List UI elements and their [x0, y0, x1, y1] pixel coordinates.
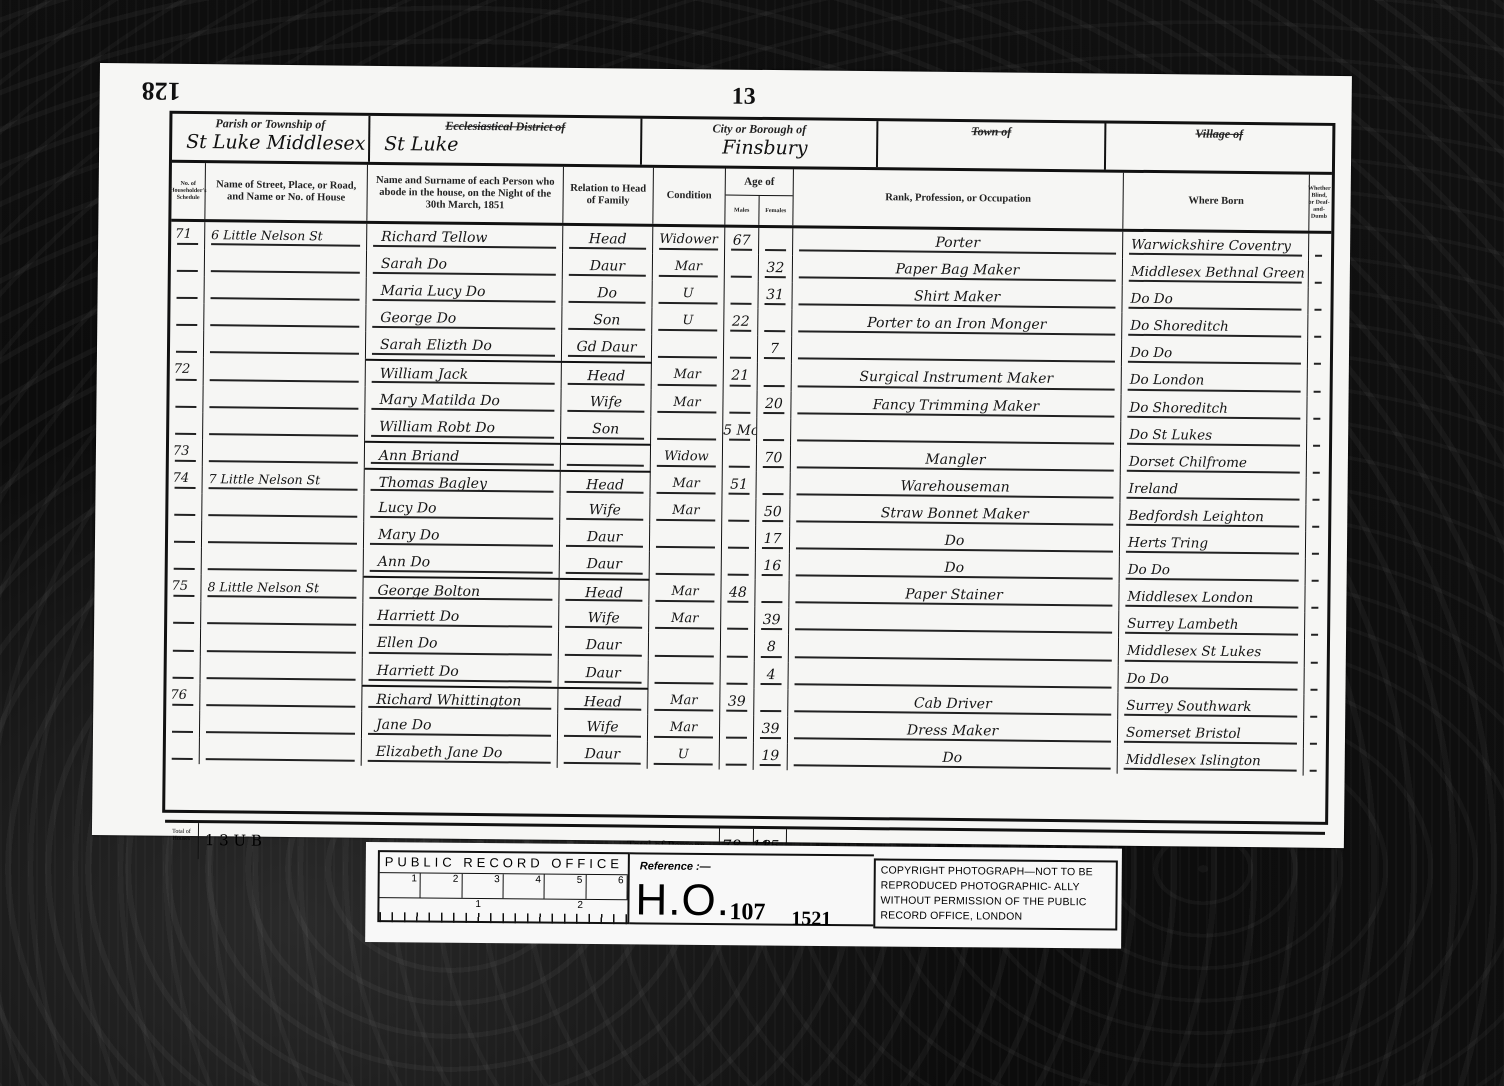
cell-occupation — [791, 418, 1121, 449]
cell-schedule — [169, 384, 203, 411]
cell-street — [202, 493, 364, 522]
cell-condition — [650, 525, 722, 553]
cell-blind — [1304, 748, 1323, 775]
pro-scale-box: PUBLIC RECORD OFFICE 123456 12 — [377, 850, 630, 924]
cell-male: 48 — [721, 580, 755, 607]
cell-street — [204, 276, 366, 305]
folio-number: 128 — [142, 75, 181, 105]
copyright-notice: COPYRIGHT PHOTOGRAPH—NOT TO BE REPRODUCE… — [873, 858, 1118, 930]
cell-occupation: Porter to an Iron Monger — [792, 310, 1122, 341]
cell-born: Middlesex London — [1119, 584, 1305, 613]
cell-name: Mary Do — [364, 522, 560, 551]
cell-street — [200, 683, 362, 712]
cell-occupation: Shirt Maker — [792, 282, 1122, 313]
cell-condition: Mar — [648, 687, 720, 715]
cell-born: Do Do — [1122, 340, 1308, 369]
cell-name: Ann Briand — [365, 441, 561, 470]
cell-male — [724, 282, 758, 309]
cell-born: Warwickshire Coventry — [1123, 232, 1309, 261]
cell-born: Do Do — [1122, 286, 1308, 315]
page-number: 13 — [732, 84, 756, 111]
cell-blind — [1309, 261, 1328, 288]
cell-relation: Gd Daur — [562, 334, 652, 362]
cell-name: Sarah Elizth Do — [366, 332, 562, 361]
scale-mark: 3 — [462, 874, 504, 898]
cell-blind — [1306, 505, 1325, 532]
cell-name: William Robt Do — [365, 413, 561, 442]
cell-blind — [1308, 342, 1327, 369]
cell-relation: Daur — [559, 632, 649, 660]
cell-blind — [1305, 640, 1324, 667]
cell-born: Middlesex St Lukes — [1119, 638, 1305, 667]
cell-condition: Mar — [653, 254, 725, 282]
cell-name: Ann Do — [364, 549, 560, 578]
cell-schedule: 74 — [169, 466, 203, 493]
cell-condition: Mar — [651, 389, 723, 417]
scale-mark: 2 — [577, 900, 583, 911]
cell-street — [204, 330, 366, 359]
cell-schedule — [168, 547, 202, 574]
col-condition: Condition — [653, 168, 726, 225]
cell-blind — [1309, 234, 1328, 261]
village-label: Village of — [1106, 126, 1332, 143]
cell-female — [756, 472, 790, 499]
col-relation: Relation to Head of Family — [563, 167, 654, 224]
cell-street: 6 Little Nelson St — [205, 222, 367, 251]
pro-reference-label: PUBLIC RECORD OFFICE 123456 12 Reference… — [365, 842, 1122, 949]
cell-relation: Head — [562, 361, 652, 389]
cell-female: 19 — [754, 743, 788, 770]
borough-value: Finsbury — [722, 137, 808, 160]
cell-condition: Widower — [653, 227, 725, 255]
cell-blind — [1307, 396, 1326, 423]
cell-born: Bedfordsh Leighton — [1120, 503, 1306, 532]
cell-male — [720, 742, 754, 769]
town-cell: Town of — [878, 121, 1106, 169]
cell-male: 51 — [722, 471, 756, 498]
cell-male — [722, 553, 756, 580]
cell-street — [204, 358, 366, 387]
scale-ruler-top: 123456 — [380, 873, 628, 900]
cell-blind — [1305, 613, 1324, 640]
census-sheet: 128 13 Parish or Township of St Luke Mid… — [92, 63, 1352, 848]
cell-street — [203, 439, 365, 468]
cell-female: 70 — [757, 445, 791, 472]
cell-relation — [561, 443, 651, 471]
cell-schedule — [168, 520, 202, 547]
cell-schedule — [170, 276, 204, 303]
scale-mark: 1 — [380, 873, 422, 897]
eccl-district-value: St Luke — [384, 133, 459, 156]
cell-relation: Wife — [559, 605, 649, 633]
cell-name: Maria Lucy Do — [366, 278, 562, 307]
cell-schedule: 71 — [171, 222, 205, 249]
cell-male: 22 — [724, 309, 758, 336]
cell-relation: Head — [558, 686, 648, 714]
col-schedule: No. of Householder's Schedule — [171, 163, 206, 219]
cell-street — [201, 628, 363, 657]
cell-male: 21 — [724, 363, 758, 390]
cell-male — [721, 634, 755, 661]
cell-born: Do Do — [1120, 557, 1306, 586]
cell-schedule — [170, 330, 204, 357]
cell-blind — [1304, 667, 1323, 694]
cell-born: Surrey Southwark — [1118, 692, 1304, 721]
cell-schedule — [169, 411, 203, 438]
cell-male — [722, 498, 756, 525]
cell-blind — [1308, 288, 1327, 315]
cell-occupation: Do — [790, 526, 1120, 557]
cell-relation: Wife — [560, 497, 650, 525]
cell-street — [201, 601, 363, 630]
scale-mark: 5 — [545, 875, 587, 899]
cell-name: Richard Tellow — [367, 224, 563, 253]
cell-occupation: Cab Driver — [788, 689, 1118, 720]
reference-piece: 1521 — [791, 908, 831, 931]
cell-condition: Mar — [649, 579, 721, 607]
cell-condition: Mar — [648, 714, 720, 742]
cell-occupation: Do — [790, 553, 1120, 584]
cell-condition: U — [652, 308, 724, 336]
town-label: Town of — [878, 123, 1104, 140]
cell-male — [722, 526, 756, 553]
cell-born: Middlesex Bethnal Green — [1123, 259, 1309, 288]
cell-male — [725, 255, 759, 282]
cell-street — [200, 710, 362, 739]
cell-name: Harriett Do — [363, 657, 559, 686]
cell-condition — [652, 335, 724, 363]
cell-born: Middlesex Islington — [1118, 746, 1304, 775]
cell-blind — [1308, 369, 1327, 396]
col-street: Name of Street, Place, or Road, and Name… — [205, 163, 368, 221]
cell-female: 39 — [754, 716, 788, 743]
cell-schedule — [168, 493, 202, 520]
cell-female: 31 — [758, 282, 792, 309]
col-blind: Whether Blind, or Deaf-and-Dumb — [1309, 175, 1329, 231]
parish-cell: Parish or Township of St Luke Middlesex — [172, 114, 370, 162]
cell-street — [204, 303, 366, 332]
cell-name: Sarah Do — [367, 251, 563, 280]
cell-name: Ellen Do — [363, 630, 559, 659]
cell-name: Lucy Do — [364, 495, 560, 524]
reference-label: Reference :— — [640, 860, 711, 873]
scale-mark: 2 — [421, 873, 463, 897]
cell-occupation: Do — [788, 743, 1118, 774]
cell-born: Surrey Lambeth — [1119, 611, 1305, 640]
cell-born: Do London — [1122, 367, 1308, 396]
cell-relation: Daur — [563, 253, 653, 281]
cell-occupation — [792, 337, 1122, 368]
cell-occupation: Paper Stainer — [789, 580, 1119, 611]
cell-relation: Head — [563, 226, 653, 254]
cell-schedule: 75 — [167, 574, 201, 601]
cell-relation: Head — [559, 578, 649, 606]
cell-schedule — [166, 737, 200, 764]
cell-male — [724, 336, 758, 363]
cell-name: George Bolton — [363, 576, 559, 605]
cell-born: Herts Tring — [1120, 530, 1306, 559]
cell-name: Richard Whittington — [362, 684, 558, 713]
cell-condition — [651, 416, 723, 444]
cell-street — [205, 249, 367, 278]
eccl-district-cell: Ecclesiastical District of St Luke — [370, 116, 642, 165]
scale-mark: 4 — [503, 874, 545, 898]
cell-blind — [1306, 532, 1325, 559]
cell-female: 4 — [754, 661, 788, 688]
cell-occupation — [788, 662, 1118, 693]
cell-occupation: Fancy Trimming Maker — [791, 391, 1121, 422]
cell-name: Elizabeth Jane Do — [362, 739, 558, 768]
borough-label: City or Borough of — [642, 121, 876, 138]
cell-blind — [1304, 721, 1323, 748]
cell-occupation: Porter — [793, 228, 1123, 259]
col-born: Where Born — [1123, 173, 1310, 231]
col-females: Females — [759, 196, 793, 225]
cell-female: 17 — [756, 526, 790, 553]
col-age: Age of Males Females — [725, 169, 794, 226]
cell-born: Do Do — [1118, 665, 1304, 694]
parish-value: St Luke Middlesex — [186, 131, 365, 155]
cell-street: 7 Little Nelson St — [203, 466, 365, 495]
cell-female — [759, 228, 793, 255]
cell-female — [754, 688, 788, 715]
cell-male — [720, 661, 754, 688]
cell-street — [203, 385, 365, 414]
cell-female: 32 — [759, 255, 793, 282]
cell-born: Dorset Chilfrome — [1121, 448, 1307, 477]
cell-male: 67 — [725, 228, 759, 255]
cell-born: Somerset Bristol — [1118, 719, 1304, 748]
cell-male — [723, 444, 757, 471]
cell-occupation: Mangler — [791, 445, 1121, 476]
cell-relation: Son — [562, 307, 652, 335]
cell-street — [202, 547, 364, 576]
cell-blind — [1307, 423, 1326, 450]
cell-female: 8 — [755, 634, 789, 661]
cell-name: William Jack — [366, 359, 562, 388]
village-cell: Village of — [1106, 124, 1332, 172]
cell-blind — [1307, 450, 1326, 477]
total-houses-label: Total of Houses — [165, 823, 199, 859]
scale-ruler-ticks: 12 — [379, 898, 627, 924]
cell-street — [203, 412, 365, 441]
cell-blind — [1306, 478, 1325, 505]
cell-blind — [1304, 694, 1323, 721]
cell-schedule — [167, 628, 201, 655]
cell-occupation: Warehouseman — [790, 472, 1120, 503]
cell-schedule — [167, 601, 201, 628]
cell-relation: Daur — [560, 524, 650, 552]
cell-female — [758, 309, 792, 336]
cell-name: Harriett Do — [363, 603, 559, 632]
census-rows: 716 Little Nelson StRichard TellowHeadWi… — [166, 222, 1332, 776]
cell-schedule — [166, 709, 200, 736]
cell-female: 50 — [756, 499, 790, 526]
cell-schedule: 72 — [170, 357, 204, 384]
cell-name: George Do — [366, 305, 562, 334]
cell-relation: Head — [560, 470, 650, 498]
cell-female: 39 — [755, 607, 789, 634]
col-name: Name and Surname of each Person who abod… — [367, 165, 564, 223]
cell-condition — [648, 660, 720, 688]
cell-born: Do Shoreditch — [1121, 394, 1307, 423]
cell-occupation — [789, 608, 1119, 639]
cell-female — [755, 580, 789, 607]
reference-series: H.O. — [635, 878, 730, 923]
cell-relation: Daur — [558, 741, 648, 769]
cell-male — [721, 607, 755, 634]
reference-box: Reference :— H.O. 107 1521 — [629, 852, 874, 926]
cell-schedule — [167, 655, 201, 682]
cell-female: 20 — [757, 390, 791, 417]
cell-relation: Wife — [558, 714, 648, 742]
cell-schedule: 73 — [169, 438, 203, 465]
cell-occupation: Dress Maker — [788, 716, 1118, 747]
cell-male — [723, 390, 757, 417]
census-table: Parish or Township of St Luke Middlesex … — [162, 111, 1335, 825]
borough-cell: City or Borough of Finsbury — [642, 119, 878, 167]
pro-office-title: PUBLIC RECORD OFFICE — [380, 852, 628, 875]
cell-occupation: Paper Bag Maker — [793, 255, 1123, 286]
cell-relation: Daur — [558, 659, 648, 687]
cell-blind — [1306, 559, 1325, 586]
cell-name: Mary Matilda Do — [365, 386, 561, 415]
cell-condition: Mar — [650, 498, 722, 526]
cell-female — [757, 418, 791, 445]
cell-relation: Son — [561, 416, 651, 444]
cell-condition: Mar — [649, 606, 721, 634]
cell-street — [202, 520, 364, 549]
cell-street — [201, 656, 363, 685]
cell-born: Do St Lukes — [1121, 421, 1307, 450]
reference-class: 107 — [729, 899, 765, 926]
cell-occupation — [789, 635, 1119, 666]
cell-name: Jane Do — [362, 711, 558, 740]
cell-condition — [650, 552, 722, 580]
cell-relation: Do — [562, 280, 652, 308]
cell-condition: Mar — [652, 362, 724, 390]
cell-condition: U — [648, 742, 720, 770]
cell-street — [200, 737, 362, 766]
scale-mark: 6 — [586, 875, 628, 899]
total-houses-value: 1 3 U B — [205, 831, 355, 851]
cell-schedule — [170, 303, 204, 330]
cell-female: 7 — [758, 336, 792, 363]
cell-schedule: 76 — [166, 682, 200, 709]
col-males: Males — [725, 196, 759, 225]
cell-street: 8 Little Nelson St — [201, 574, 363, 603]
cell-occupation: Straw Bonnet Maker — [790, 499, 1120, 530]
cell-male: 5 Mo — [723, 417, 757, 444]
cell-born: Ireland — [1120, 476, 1306, 505]
cell-female: 16 — [756, 553, 790, 580]
cell-born: Do Shoreditch — [1122, 313, 1308, 342]
cell-occupation: Surgical Instrument Maker — [792, 364, 1122, 395]
col-age-label: Age of — [726, 169, 793, 197]
col-occupation: Rank, Profession, or Occupation — [793, 169, 1124, 228]
cell-blind — [1305, 586, 1324, 613]
cell-condition: Mar — [650, 471, 722, 499]
cell-schedule — [171, 249, 205, 276]
cell-condition: Widow — [651, 444, 723, 472]
cell-relation: Daur — [560, 551, 650, 579]
cell-female — [758, 363, 792, 390]
cell-blind — [1308, 315, 1327, 342]
cell-male: 39 — [720, 688, 754, 715]
cell-relation: Wife — [561, 388, 651, 416]
cell-condition: U — [652, 281, 724, 309]
cell-condition — [649, 633, 721, 661]
cell-male — [720, 715, 754, 742]
scale-mark: 1 — [475, 899, 481, 910]
cell-name: Thomas Bagley — [364, 468, 560, 497]
